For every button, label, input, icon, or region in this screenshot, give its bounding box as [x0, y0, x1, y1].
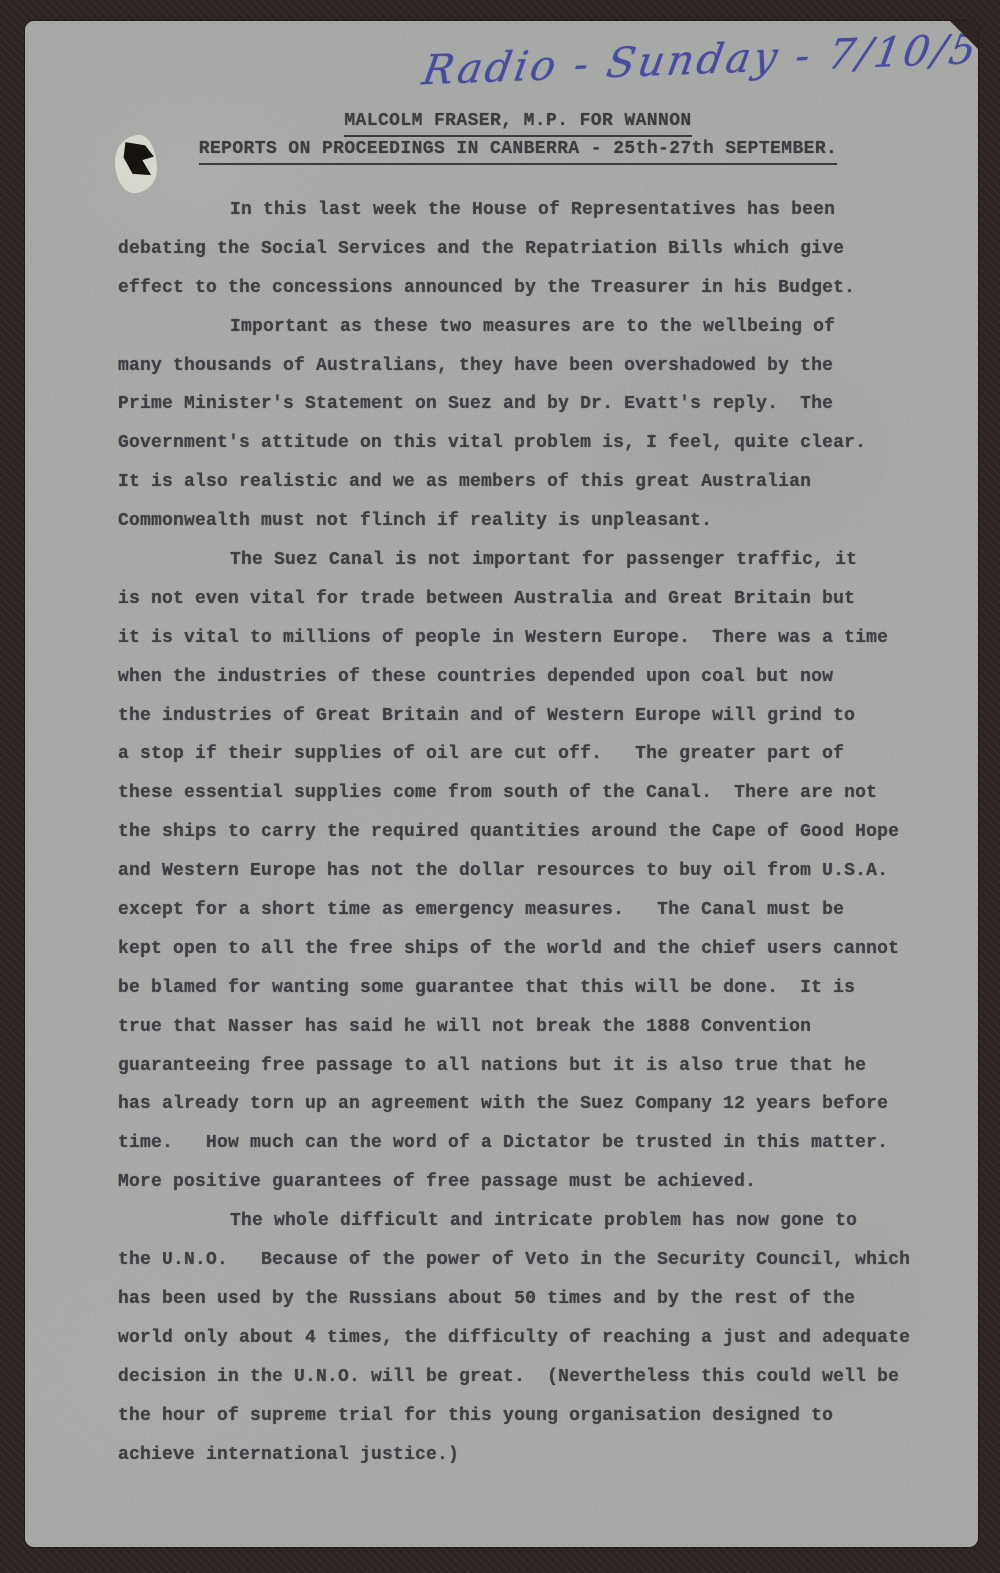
- paragraph: In this last week the House of Represent…: [118, 191, 928, 308]
- text-line: and Western Europe has not the dollar re…: [118, 852, 928, 891]
- title-line-2: REPORTS ON PROCEEDINGS IN CANBERRA - 25t…: [118, 137, 918, 165]
- paragraph: Important as these two measures are to t…: [118, 308, 928, 541]
- document-body: In this last week the House of Represent…: [118, 191, 928, 1474]
- paragraph: The Suez Canal is not important for pass…: [118, 541, 928, 1202]
- text-line: time. How much can the word of a Dictato…: [118, 1124, 928, 1163]
- text-line: the U.N.O. Because of the power of Veto …: [118, 1241, 928, 1280]
- text-line: achieve international justice.): [118, 1436, 928, 1475]
- title-line-1: MALCOLM FRASER, M.P. FOR WANNON: [118, 109, 918, 137]
- text-line: it is vital to millions of people in Wes…: [118, 619, 928, 658]
- text-line: except for a short time as emergency mea…: [118, 891, 928, 930]
- text-line: Commonwealth must not flinch if reality …: [118, 502, 928, 541]
- text-line: be blamed for wanting some guarantee tha…: [118, 969, 928, 1008]
- paragraph: The whole difficult and intricate proble…: [118, 1202, 928, 1474]
- text-line: More positive guarantees of free passage…: [118, 1163, 928, 1202]
- text-line: true that Nasser has said he will not br…: [118, 1008, 928, 1047]
- text-line: Prime Minister's Statement on Suez and b…: [118, 385, 928, 424]
- torn-corner: [949, 21, 978, 50]
- text-line: In this last week the House of Represent…: [118, 191, 928, 230]
- text-line: kept open to all the free ships of the w…: [118, 930, 928, 969]
- text-line: the hour of supreme trial for this young…: [118, 1397, 928, 1436]
- text-line: a stop if their supplies of oil are cut …: [118, 735, 928, 774]
- scanned-document-screenshot: { "colors": { "mat_background": "#2d2421…: [0, 0, 1000, 1573]
- document-page: Radio - Sunday - 7/10/56 MALCOLM FRASER,…: [25, 21, 978, 1547]
- handwritten-note: Radio - Sunday - 7/10/56: [419, 24, 978, 95]
- text-line: debating the Social Services and the Rep…: [118, 230, 928, 269]
- text-line: has already torn up an agreement with th…: [118, 1085, 928, 1124]
- text-line: when the industries of these countries d…: [118, 658, 928, 697]
- text-line: has been used by the Russians about 50 t…: [118, 1280, 928, 1319]
- text-line: Important as these two measures are to t…: [118, 308, 928, 347]
- text-line: guaranteeing free passage to all nations…: [118, 1047, 928, 1086]
- text-line: effect to the concessions announced by t…: [118, 269, 928, 308]
- text-line: world only about 4 times, the difficulty…: [118, 1319, 928, 1358]
- text-line: The Suez Canal is not important for pass…: [118, 541, 928, 580]
- text-line: The whole difficult and intricate proble…: [118, 1202, 928, 1241]
- text-line: decision in the U.N.O. will be great. (N…: [118, 1358, 928, 1397]
- text-line: the industries of Great Britain and of W…: [118, 697, 928, 736]
- text-line: is not even vital for trade between Aust…: [118, 580, 928, 619]
- document-title: MALCOLM FRASER, M.P. FOR WANNON REPORTS …: [118, 109, 918, 165]
- text-line: many thousands of Australians, they have…: [118, 347, 928, 386]
- text-line: the ships to carry the required quantiti…: [118, 813, 928, 852]
- text-line: It is also realistic and we as members o…: [118, 463, 928, 502]
- text-line: these essential supplies come from south…: [118, 774, 928, 813]
- text-line: Government's attitude on this vital prob…: [118, 424, 928, 463]
